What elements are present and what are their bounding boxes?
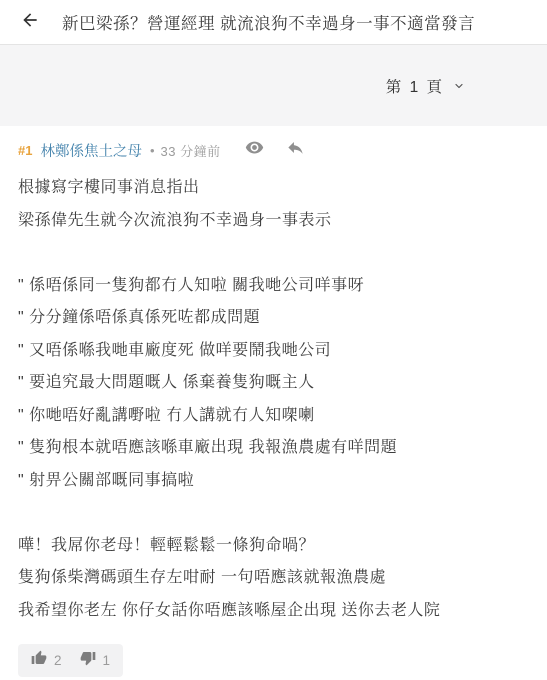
thumb-up-icon (31, 650, 47, 671)
post-line: " 分分鐘係唔係真係死咗都成問題 (18, 302, 529, 335)
back-button[interactable] (16, 8, 44, 36)
vote-box: 2 1 (18, 644, 123, 677)
post-line: " 射畀公關部嘅同事搞啦 (18, 465, 529, 498)
thread-title: 新巴梁孫？營運經理 就流浪狗不幸過身一事不適當發言 (62, 10, 475, 34)
eye-icon (245, 138, 264, 162)
reply-arrow-icon (286, 138, 305, 162)
post-line: " 隻狗根本就唔應該喺車廠出現 我報漁農處有咩問題 (18, 432, 529, 465)
post-line (18, 237, 529, 270)
watch-button[interactable] (245, 138, 264, 162)
top-bar: 新巴梁孫？營運經理 就流浪狗不幸過身一事不適當發言 (0, 0, 547, 45)
post-author-link[interactable]: 林鄭係焦土之母 (40, 140, 142, 161)
page-band: 第 1 頁 (0, 45, 547, 126)
post-line: 隻狗係柴灣碼頭生存左咁耐 一句唔應該就報漁農處 (18, 562, 529, 595)
downvote-button[interactable]: 1 (80, 650, 111, 671)
post-line (18, 497, 529, 530)
post-1: #1 林鄭係焦土之母 • 33 分鐘前 根據寫字樓同事消息指出 (0, 126, 547, 680)
post-timestamp: 33 分鐘前 (161, 141, 221, 160)
post-line: " 要追究最大問題嘅人 係棄養隻狗嘅主人 (18, 367, 529, 400)
post-line: 根據寫字樓同事消息指出 (18, 172, 529, 205)
post-body: 根據寫字樓同事消息指出 梁孫偉先生就今次流浪狗不幸過身一事表示 " 係唔係同一隻… (18, 172, 529, 627)
thumb-down-icon (80, 650, 96, 671)
post-line: 嘩！我屌你老母！輕輕鬆鬆一條狗命喎？ (18, 530, 529, 563)
upvote-button[interactable]: 2 (31, 650, 62, 671)
post-line: 梁孫偉先生就今次流浪狗不幸過身一事表示 (18, 205, 529, 238)
page-selector[interactable]: 第 1 頁 (386, 75, 465, 97)
upvote-count: 2 (54, 653, 62, 668)
post-line: " 你哋唔好亂講嘢啦 冇人講就冇人知㗎喇 (18, 400, 529, 433)
arrow-left-icon (20, 10, 40, 35)
post-line: " 係唔係同一隻狗都冇人知啦 關我哋公司咩事呀 (18, 270, 529, 303)
chevron-down-icon (453, 80, 465, 92)
downvote-count: 1 (103, 653, 111, 668)
post-line: 我希望你老左 你仔女話你唔應該喺屋企出現 送你去老人院 (18, 595, 529, 628)
thread-page: 新巴梁孫？營運經理 就流浪狗不幸過身一事不適當發言 第 1 頁 #1 林鄭係焦土… (0, 0, 547, 680)
post-header: #1 林鄭係焦土之母 • 33 分鐘前 (18, 140, 529, 160)
post-number: #1 (18, 143, 32, 158)
post-line: " 又唔係喺我哋車廠度死 做咩要鬧我哋公司 (18, 335, 529, 368)
quote-reply-button[interactable] (286, 138, 305, 162)
page-label: 第 1 頁 (386, 75, 444, 97)
dot-separator: • (150, 143, 155, 158)
